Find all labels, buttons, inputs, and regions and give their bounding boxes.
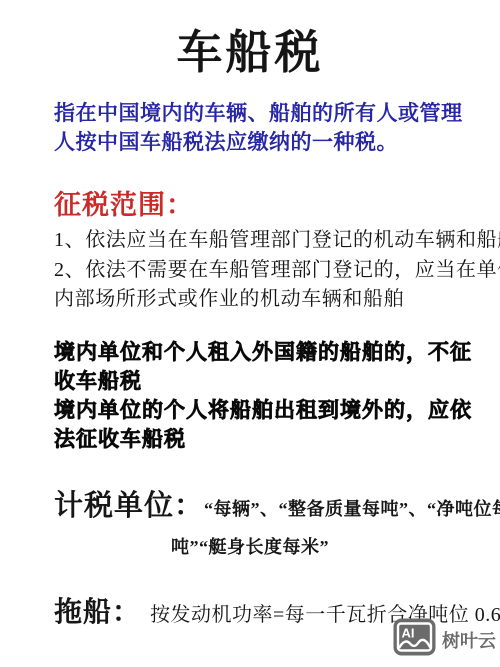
page-title: 车船税 bbox=[0, 24, 500, 82]
bold-notes: 境内单位和个人租入外国籍的船舶的，不征 收车船税 境内单位的个人将船舶出租到境外… bbox=[54, 338, 472, 454]
scope-item-2: 2、依法不需要在车船管理部门登记的，应当在单位 bbox=[54, 256, 500, 286]
note-2-line-1: 境内单位的个人将船舶出租到境外的，应依 bbox=[54, 396, 472, 425]
note-1-line-1: 境内单位和个人租入外国籍的船舶的，不征 bbox=[54, 338, 472, 367]
tax-unit-line-2: 吨”“艇身长度每米” bbox=[0, 533, 500, 559]
tax-unit-line-1: 计税单位：“每辆”、“整备质量每吨”、“净吨位每 bbox=[0, 483, 500, 524]
ai-photo-icon: AI bbox=[393, 618, 436, 661]
document-page: 车船税 指在中国境内的车辆、船舶的所有人或管理 人按中国车船税法应缴纳的一种税。… bbox=[0, 0, 500, 667]
definition-line-2: 人按中国车船税法应缴纳的一种税。 bbox=[54, 128, 463, 157]
scope-heading: 征税范围： bbox=[54, 188, 194, 222]
note-1-line-2: 收车船税 bbox=[54, 367, 472, 396]
tugboat-label: 拖船： bbox=[54, 597, 141, 628]
scope-item-2-continued: 内部场所形式或作业的机动车辆和船舶 bbox=[54, 285, 500, 315]
ai-icon-label: AI bbox=[402, 626, 415, 641]
tax-unit-section: 计税单位：“每辆”、“整备质量每吨”、“净吨位每 吨”“艇身长度每米” bbox=[0, 483, 500, 559]
definition-line-1: 指在中国境内的车辆、船舶的所有人或管理 bbox=[54, 99, 463, 128]
scope-item-1: 1、依法应当在车船管理部门登记的机动车辆和船舶 bbox=[54, 226, 500, 256]
watermark-brand: 树叶云 bbox=[442, 627, 496, 653]
tax-unit-values-1: “每辆”、“整备质量每吨”、“净吨位每 bbox=[204, 499, 500, 519]
scope-list: 1、依法应当在车船管理部门登记的机动车辆和船舶 2、依法不需要在车船管理部门登记… bbox=[54, 226, 500, 315]
note-2-line-2: 法征收车船税 bbox=[54, 425, 472, 454]
tax-unit-label: 计税单位： bbox=[54, 490, 204, 522]
watermark: AI 树叶云 bbox=[393, 618, 496, 661]
definition-paragraph: 指在中国境内的车辆、船舶的所有人或管理 人按中国车船税法应缴纳的一种税。 bbox=[54, 99, 463, 157]
